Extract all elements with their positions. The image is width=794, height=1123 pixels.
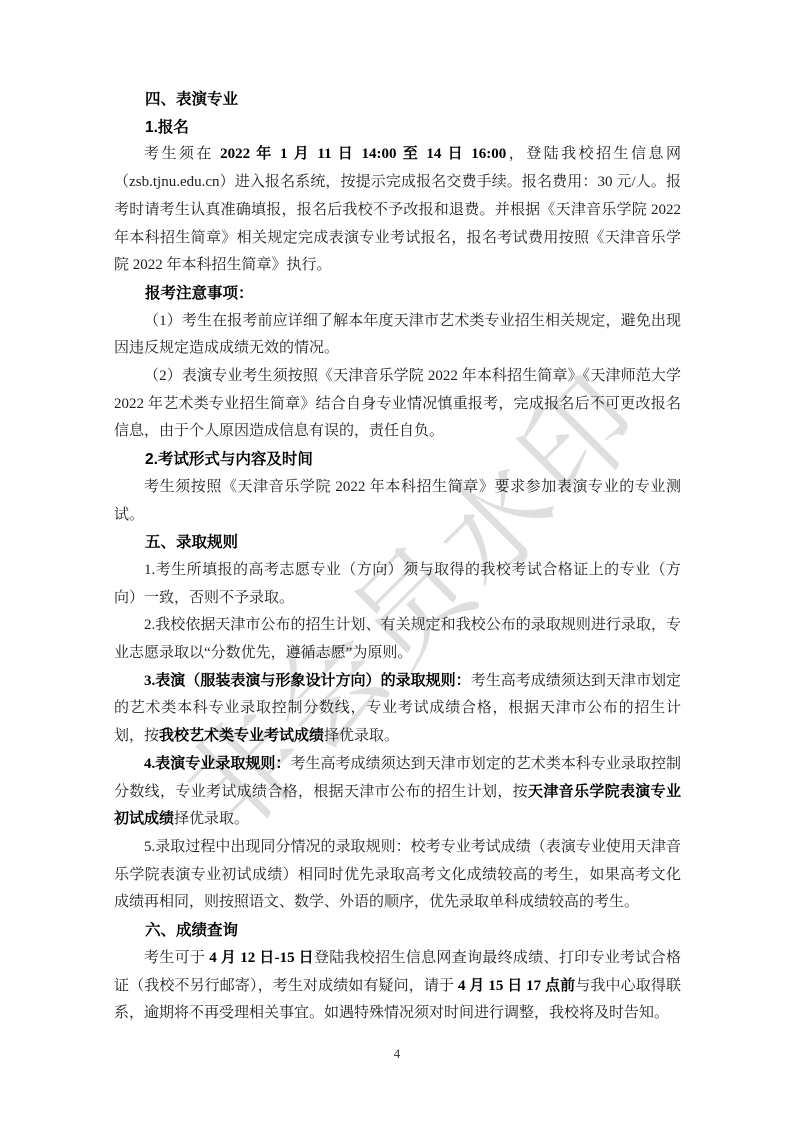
text-segment: 5.录取过程中出现同分情况的录取规则：校考专业考试成绩（表演专业使用天津音乐学院… (114, 839, 681, 910)
notice-heading: 报考注意事项： (114, 280, 681, 308)
notice-item-1: （1）考生在报考前应详细了解本年度天津市艺术类专业招生相关规定，避免出现因违反规… (114, 308, 681, 363)
document-page: 非会员水印 四、表演专业1.报名考生须在 2022 年 1 月 11 日 14:… (0, 0, 794, 1123)
text-segment: 择优录取。 (174, 811, 249, 827)
bold-text-segment: 3.表演（服装表演与形象设计方向）的录取规则： (144, 673, 471, 689)
section-heading-4: 四、表演专业 (114, 86, 681, 114)
admission-rule-3: 3.表演（服装表演与形象设计方向）的录取规则：考生高考成绩须达到天津市划定的艺术… (114, 668, 681, 751)
subsection-heading-2: 2.考试形式与内容及时间 (114, 446, 681, 474)
admission-rule-1: 1.考生所填报的高考志愿专业（方向）须与取得的我校考试合格证上的专业（方向）一致… (114, 557, 681, 612)
text-segment: ，登陆我校招生信息网（zsb.tjnu.edu.cn）进入报名系统，按提示完成报… (114, 146, 681, 273)
bold-text-segment: 4 月 12 日-15 日 (209, 950, 314, 966)
bold-text-segment: 4.表演专业录取规则： (144, 756, 290, 772)
bold-text-segment: 我校艺术类专业考试成绩 (159, 728, 324, 744)
admission-rule-5: 5.录取过程中出现同分情况的录取规则：校考专业考试成绩（表演专业使用天津音乐学院… (114, 834, 681, 917)
text-segment: 择优录取。 (324, 728, 399, 744)
document-content: 四、表演专业1.报名考生须在 2022 年 1 月 11 日 14:00 至 1… (114, 86, 681, 1028)
section-heading-6: 六、成绩查询 (114, 917, 681, 945)
text-segment: 考生须在 (144, 146, 220, 162)
admission-rule-4: 4.表演专业录取规则：考生高考成绩须达到天津市划定的艺术类本科专业录取控制分数线… (114, 751, 681, 834)
text-segment: 2.我校依据天津市公布的招生计划、有关规定和我校公布的录取规则进行录取，专业志愿… (114, 617, 681, 661)
exam-form-paragraph: 考生须按照《天津音乐学院 2022 年本科招生简章》要求参加表演专业的专业测试。 (114, 474, 681, 529)
page-number: 4 (0, 1046, 794, 1062)
section-heading-5: 五、录取规则 (114, 529, 681, 557)
text-segment: （2）表演专业考生须按照《天津音乐学院 2022 年本科招生简章》《天津师范大学… (114, 368, 681, 439)
bold-text-segment: 4 月 15 日 17 点前 (458, 978, 575, 994)
text-segment: 考生须按照《天津音乐学院 2022 年本科招生简章》要求参加表演专业的专业测试。 (114, 479, 681, 523)
score-query-paragraph: 考生可于 4 月 12 日-15 日登陆我校招生信息网查询最终成绩、打印专业考试… (114, 945, 681, 1028)
text-segment: 1.考生所填报的高考志愿专业（方向）须与取得的我校考试合格证上的专业（方向）一致… (114, 562, 681, 606)
subsection-heading-1: 1.报名 (114, 114, 681, 142)
notice-item-2: （2）表演专业考生须按照《天津音乐学院 2022 年本科招生简章》《天津师范大学… (114, 363, 681, 446)
text-segment: 考生可于 (144, 950, 209, 966)
registration-paragraph: 考生须在 2022 年 1 月 11 日 14:00 至 14 日 16:00，… (114, 141, 681, 280)
text-segment: （1）考生在报考前应详细了解本年度天津市艺术类专业招生相关规定，避免出现因违反规… (114, 313, 681, 357)
admission-rule-2: 2.我校依据天津市公布的招生计划、有关规定和我校公布的录取规则进行录取，专业志愿… (114, 612, 681, 667)
bold-text-segment: 2022 年 1 月 11 日 14:00 至 14 日 16:00 (220, 146, 506, 162)
